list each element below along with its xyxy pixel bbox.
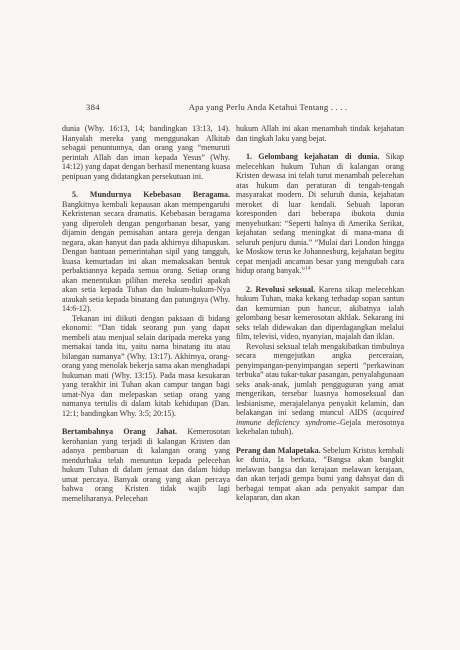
footnote-reference: 14: [305, 265, 311, 271]
body-text: hukum Allah ini akan menambah tindak kej…: [236, 124, 404, 143]
paragraph: 2. Revolusi seksual. Karena sikap melece…: [236, 285, 404, 342]
paragraph: 5. Mundurnya Kebebasan Beragama. Bangkit…: [62, 190, 230, 314]
right-column: hukum Allah ini akan menambah tindak kej…: [236, 124, 404, 503]
text-body: dunia (Why. 16:13, 14; bandingkan 13:13,…: [62, 124, 404, 503]
left-column: dunia (Why. 16:13, 14; bandingkan 13:13,…: [62, 124, 230, 503]
paragraph: Tekanan ini diikuti dengan paksaan di bi…: [62, 314, 230, 419]
body-text: dunia (Why. 16:13, 14; bandingkan 13:13,…: [62, 124, 230, 181]
page-number: 384: [86, 101, 100, 113]
paragraph: dunia (Why. 16:13, 14; bandingkan 13:13,…: [62, 124, 230, 181]
body-text: Revolusi seksual telah mengakibatkan tim…: [236, 342, 404, 418]
body-text: Bangkitnya kembali kepausan akan mempeng…: [62, 200, 230, 314]
body-text: Tekanan ini diikuti dengan paksaan di bi…: [62, 314, 230, 418]
paragraph: hukum Allah ini akan menambah tindak kej…: [236, 124, 404, 143]
run-in-heading: Bertambahnya Orang Jahat.: [62, 427, 187, 436]
run-in-heading: 5. Mundurnya Kebebasan Beragama.: [72, 190, 230, 199]
body-text: Sikap melecehkan hukum Tuhan di kalangan…: [236, 152, 404, 275]
paragraph: Revolusi seksual telah mengakibatkan tim…: [236, 342, 404, 437]
running-head: 384 Apa yang Perlu Anda Ketahui Tentang …: [62, 101, 404, 115]
run-in-heading: Perang dan Malapetaka.: [236, 446, 323, 455]
running-title: Apa yang Perlu Anda Ketahui Tentang . . …: [132, 101, 404, 113]
body-text: Kemerosotan kerohanian yang terjadi di k…: [62, 427, 230, 503]
run-in-heading: 1. Gelombang kejahatan di dunia.: [246, 152, 386, 161]
paragraph: 1. Gelombang kejahatan di dunia. Sikap m…: [236, 152, 404, 276]
paragraph: Perang dan Malapetaka. Sebelum Kristus k…: [236, 446, 404, 503]
run-in-heading: 2. Revolusi seksual.: [246, 285, 319, 294]
paragraph: Bertambahnya Orang Jahat. Kemerosotan ke…: [62, 427, 230, 503]
book-page: 384 Apa yang Perlu Anda Ketahui Tentang …: [0, 0, 460, 650]
